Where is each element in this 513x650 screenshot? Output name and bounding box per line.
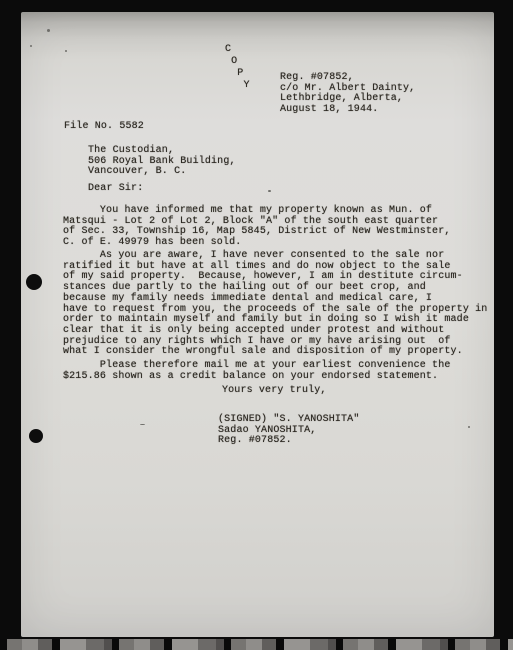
copy-marking: C O P Y bbox=[225, 44, 250, 92]
signature-block: (SIGNED) "S. YANOSHITA" Sadao YANOSHITA,… bbox=[218, 415, 359, 447]
scanned-letter-photo: C O P Y Reg. #07852, c/o Mr. Albert Dain… bbox=[0, 0, 513, 650]
salutation: Dear Sir: bbox=[88, 184, 143, 195]
paper-speck bbox=[30, 45, 32, 47]
body-paragraph-3: Please therefore mail me at your earlies… bbox=[63, 361, 451, 382]
sender-header-block: Reg. #07852, c/o Mr. Albert Dainty, Leth… bbox=[280, 73, 415, 116]
paper-speck bbox=[65, 50, 67, 52]
body-paragraph-2: As you are aware, I have never consented… bbox=[63, 251, 487, 358]
paper-speck bbox=[268, 190, 271, 192]
complimentary-closing: Yours very truly, bbox=[222, 386, 327, 397]
recipient-address-block: The Custodian, 506 Royal Bank Building, … bbox=[88, 146, 236, 178]
hole-punch-mark bbox=[29, 429, 43, 443]
film-edge-strip bbox=[0, 639, 513, 650]
paper-speck bbox=[468, 426, 470, 428]
letter-paper: C O P Y Reg. #07852, c/o Mr. Albert Dain… bbox=[21, 12, 494, 637]
paper-speck bbox=[47, 29, 50, 32]
file-number: File No. 5582 bbox=[64, 122, 144, 133]
hole-punch-mark bbox=[26, 274, 42, 290]
body-paragraph-1: You have informed me that my property kn… bbox=[63, 206, 451, 249]
paper-speck bbox=[140, 424, 145, 425]
